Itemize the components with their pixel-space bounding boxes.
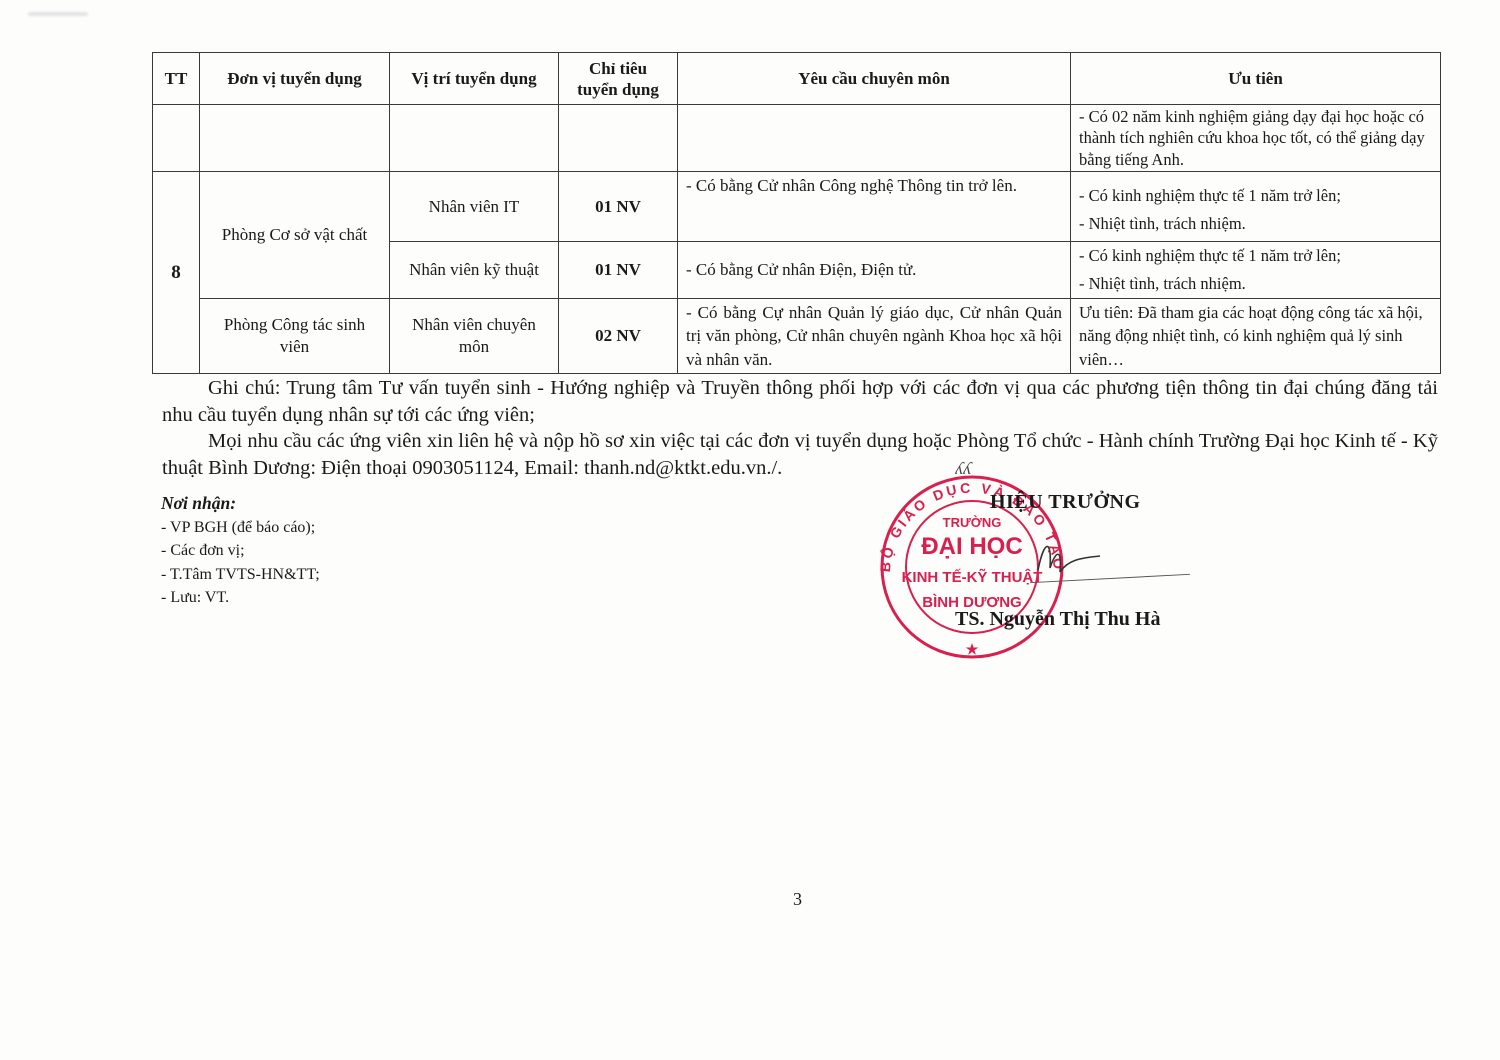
table-header-row: TT Đơn vị tuyển dụng Vị trí tuyển dụng C… — [153, 53, 1441, 105]
priority-line: - Nhiệt tình, trách nhiệm. — [1079, 270, 1432, 298]
signer-name: TS. Nguyễn Thị Thu Hà — [955, 608, 1160, 631]
scan-artifact — [28, 12, 88, 16]
cell-priority: - Có kinh nghiệm thực tế 1 năm trở lên; … — [1071, 172, 1441, 242]
header-position: Vị trí tuyển dụng — [390, 53, 559, 105]
cell-requirements — [678, 105, 1071, 172]
cell-requirements: - Có bằng Cự nhân Quản lý giáo dục, Cử n… — [678, 299, 1071, 374]
note-block: Ghi chú: Trung tâm Tư vấn tuyển sinh - H… — [162, 375, 1438, 429]
recruitment-table: TT Đơn vị tuyển dụng Vị trí tuyển dụng C… — [152, 52, 1441, 374]
header-unit: Đơn vị tuyển dụng — [200, 53, 390, 105]
cell-requirements: - Có bằng Cử nhân Công nghệ Thông tin tr… — [678, 172, 1071, 242]
recipients-block: Nơi nhận: - VP BGH (để báo cáo); - Các đ… — [161, 492, 320, 610]
table-row: Phòng Công tác sinh viên Nhân viên chuyê… — [153, 299, 1441, 374]
stamp-line2: ĐẠI HỌC — [921, 533, 1022, 560]
header-requirements: Yêu cầu chuyên môn — [678, 53, 1071, 105]
recipient-item: - Các đơn vị; — [161, 539, 320, 563]
stamp-line1: TRƯỜNG — [943, 515, 1002, 530]
cell-tt: 8 — [153, 172, 200, 374]
cell-tt — [153, 105, 200, 172]
cell-quota: 02 NV — [559, 299, 678, 374]
cell-position — [390, 105, 559, 172]
cell-priority: Ưu tiên: Đã tham gia các hoạt động công … — [1071, 299, 1441, 374]
cell-position: Nhân viên IT — [390, 172, 559, 242]
recipients-title: Nơi nhận: — [161, 492, 320, 516]
note-paragraph: Mọi nhu cầu các ứng viên xin liên hệ và … — [162, 428, 1438, 482]
table-row: - Có 02 năm kinh nghiệm giảng dạy đại họ… — [153, 105, 1441, 172]
priority-line: - Có kinh nghiệm thực tế 1 năm trở lên; — [1079, 242, 1432, 270]
table-row: 8 Phòng Cơ sở vật chất Nhân viên IT 01 N… — [153, 172, 1441, 242]
cell-quota: 01 NV — [559, 242, 678, 299]
cell-priority: - Có kinh nghiệm thực tế 1 năm trở lên; … — [1071, 242, 1441, 299]
cell-position: Nhân viên kỹ thuật — [390, 242, 559, 299]
cell-quota: 01 NV — [559, 172, 678, 242]
recipient-item: - VP BGH (để báo cáo); — [161, 516, 320, 540]
priority-line: - Nhiệt tình, trách nhiệm. — [1079, 210, 1432, 238]
cell-priority: - Có 02 năm kinh nghiệm giảng dạy đại họ… — [1071, 105, 1441, 172]
note-block: Mọi nhu cầu các ứng viên xin liên hệ và … — [162, 428, 1438, 482]
stamp-line3: KINH TẾ-KỸ THUẬT — [902, 568, 1043, 586]
recipient-item: - Lưu: VT. — [161, 586, 320, 610]
priority-line: - Có kinh nghiệm thực tế 1 năm trở lên; — [1079, 182, 1432, 210]
cell-requirements: - Có bằng Cử nhân Điện, Điện tử. — [678, 242, 1071, 299]
signer-title: HIỆU TRƯỞNG — [990, 491, 1141, 514]
note-paragraph: Ghi chú: Trung tâm Tư vấn tuyển sinh - H… — [162, 375, 1438, 429]
header-priority: Ưu tiên — [1071, 53, 1441, 105]
cell-unit — [200, 105, 390, 172]
page-number: 3 — [793, 889, 802, 910]
cell-unit: Phòng Công tác sinh viên — [200, 299, 390, 374]
cell-position: Nhân viên chuyên môn — [390, 299, 559, 374]
header-quota: Chỉ tiêu tuyển dụng — [559, 53, 678, 105]
recipient-item: - T.Tâm TVTS-HN&TT; — [161, 563, 320, 587]
cell-quota — [559, 105, 678, 172]
cell-unit: Phòng Cơ sở vật chất — [200, 172, 390, 299]
stamp-star-icon: ★ — [966, 641, 979, 657]
header-tt: TT — [153, 53, 200, 105]
